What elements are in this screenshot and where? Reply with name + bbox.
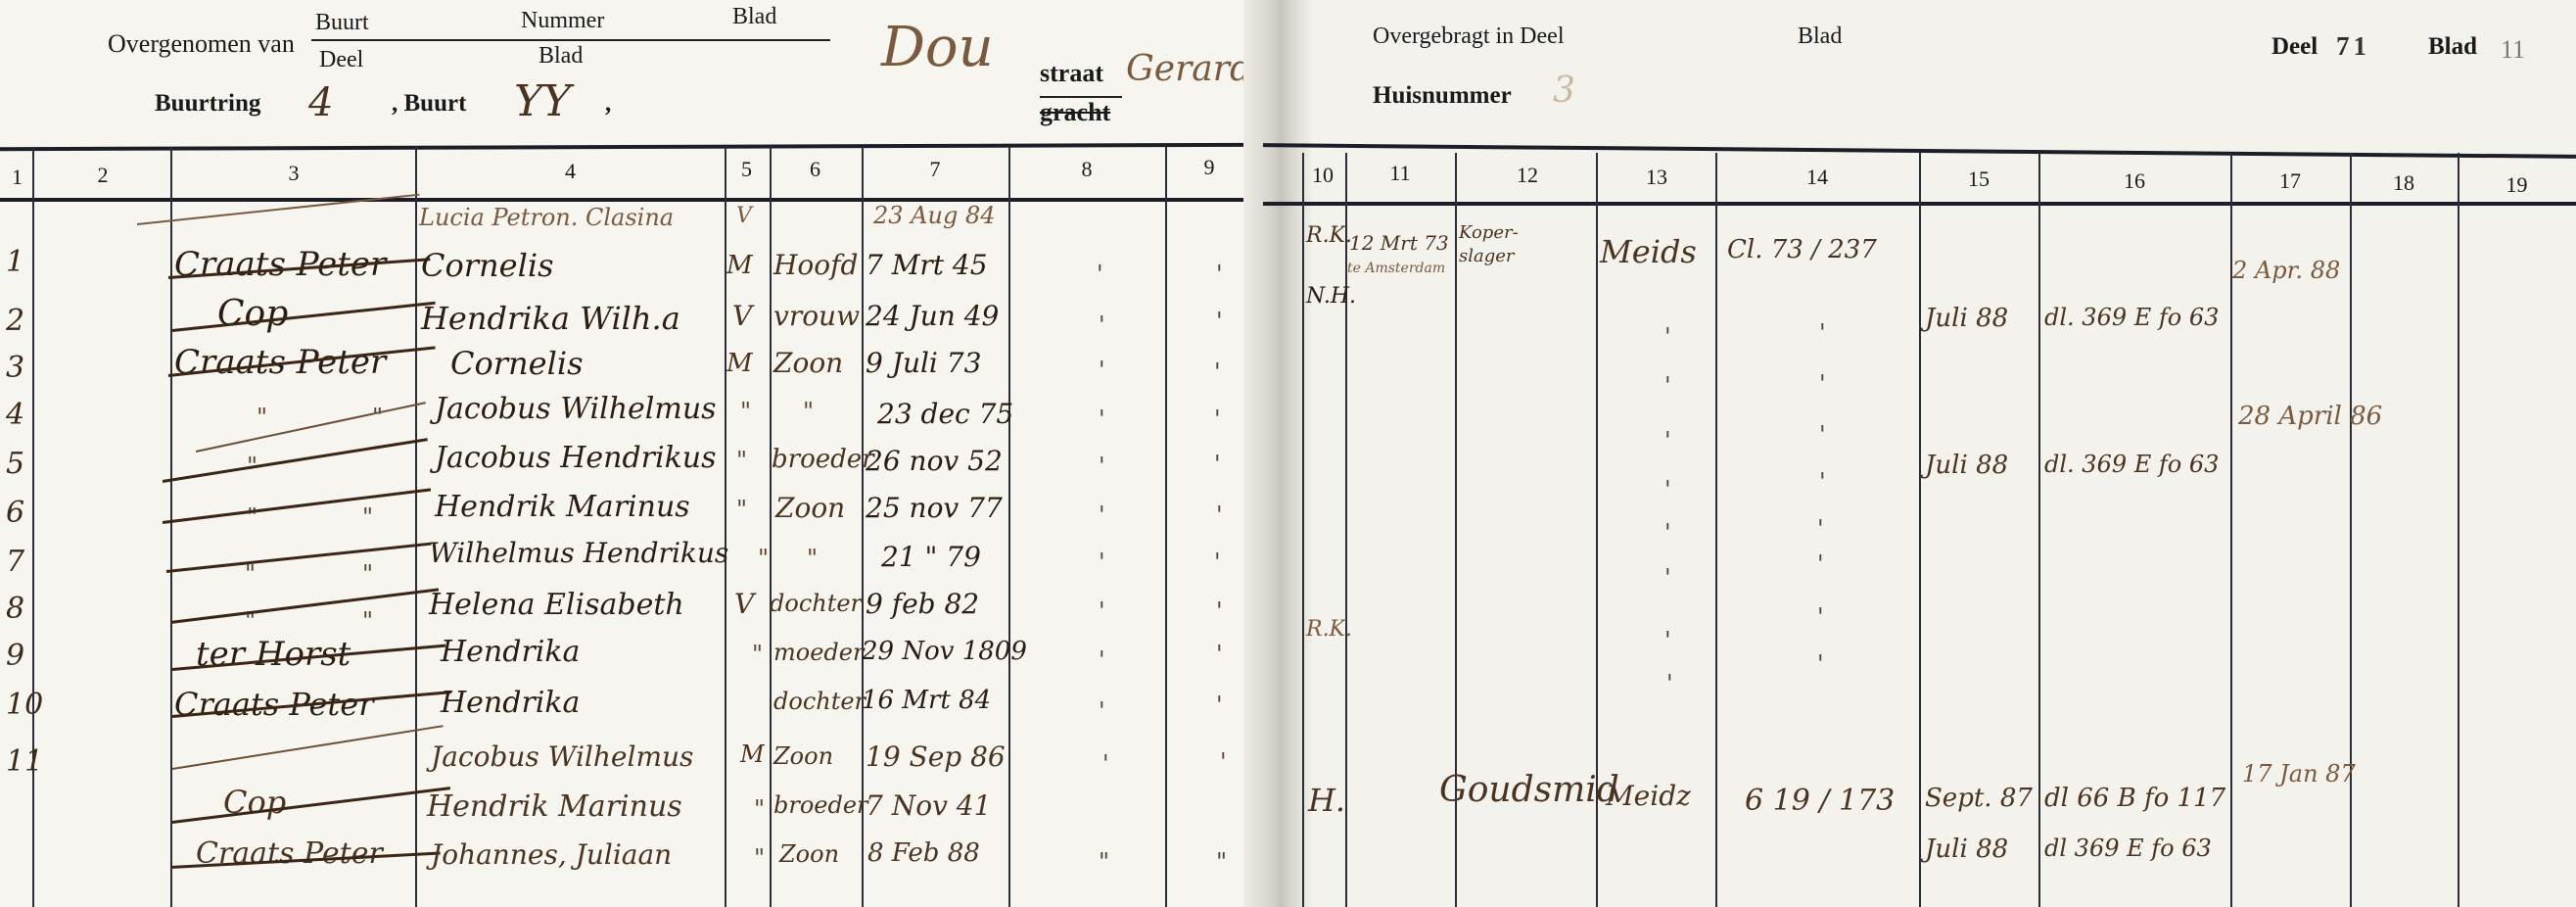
header-top-rule — [0, 143, 1263, 152]
surname-strikethrough — [166, 543, 432, 573]
col-num-16: 16 — [2038, 168, 2230, 194]
row-number: 5 — [6, 447, 24, 481]
birth-date-cell: 25 nov 77 — [866, 492, 1003, 524]
relation-cell: Zoon — [779, 840, 839, 868]
row-number: 8 — [6, 592, 24, 626]
surname-strikethrough — [172, 302, 436, 332]
ditto-col9: ' — [1216, 501, 1223, 529]
relation-cell: moeder — [773, 639, 864, 666]
relation-cell: broeder — [772, 445, 874, 474]
col-num-7: 7 — [862, 157, 1008, 182]
given-names-cell: Hendrika Wilh.a — [421, 300, 680, 337]
ditto-col9: ' — [1216, 261, 1223, 288]
given-names-cell: Johannes, Juliaan — [431, 838, 672, 871]
ditto-col14: ' — [1817, 515, 1824, 543]
ditto-col13: ' — [1664, 564, 1671, 592]
sex-cell: M — [726, 251, 753, 280]
surname-strikethrough — [170, 588, 439, 624]
row-number: 10 — [6, 688, 43, 722]
register-reference-cell: Cl. 73 / 237 — [1727, 235, 1877, 264]
col-num-9: 9 — [1165, 155, 1253, 180]
gracht-label: gracht — [1040, 98, 1110, 127]
col-num-13: 13 — [1598, 165, 1715, 190]
ditto-col9: ' — [1216, 641, 1223, 668]
surname-strikethrough — [163, 488, 431, 524]
death-date-cell: 28 April 86 — [2238, 402, 2382, 431]
col-divider — [1715, 153, 1717, 907]
given-names-cell: Hendrika — [441, 686, 580, 720]
nummer-label: Nummer — [521, 8, 604, 34]
relation-cell: dochter — [773, 688, 866, 715]
ditto-col9: " — [1216, 848, 1227, 876]
relation-cell: Zoon — [773, 347, 843, 379]
col-num-6: 6 — [769, 157, 862, 182]
destination-reference-cell: dl. 369 E fo 63 — [2044, 304, 2219, 331]
row-number: 4 — [6, 398, 24, 432]
ditto-col8: " — [1099, 848, 1109, 876]
col-num-14: 14 — [1715, 165, 1919, 190]
col-num-1: 1 — [0, 165, 34, 190]
surname-ditto: " — [362, 503, 373, 531]
col-divider — [1302, 153, 1304, 907]
blad-label-top: Blad — [732, 4, 776, 30]
ditto-col13: ' — [1666, 670, 1673, 697]
row-number: 2 — [6, 304, 24, 338]
buurt-label: Buurt — [315, 10, 369, 36]
occupation-cell: Koper-slager — [1459, 221, 1567, 268]
relation-ditto: " — [807, 545, 818, 572]
relation-cell: Zoon — [775, 492, 845, 524]
sex-cell: V — [734, 588, 754, 620]
given-names-cell: Jacobus Hendrikus — [435, 441, 717, 475]
ditto-col14: ' — [1819, 468, 1826, 496]
sex-ditto: " — [752, 641, 763, 668]
relation-cell: Zoon — [773, 742, 833, 770]
ditto-col14: ' — [1819, 421, 1826, 449]
sex-ditto: " — [736, 496, 747, 523]
birth-date-cell: 23 dec 75 — [877, 398, 1013, 430]
relation-cell: vrouw — [773, 300, 860, 332]
ditto-col8: ' — [1097, 261, 1103, 288]
left-page: Overgenomen van Buurt Nummer Blad Deel B… — [0, 0, 1263, 907]
col-num-11: 11 — [1343, 161, 1457, 186]
buurt-label-bold: , Buurt — [392, 90, 466, 118]
deel-value: 71 — [2336, 31, 2370, 62]
destination-reference-cell: dl 66 B fo 117 — [2044, 784, 2225, 813]
sex-ditto: " — [758, 545, 769, 572]
ditto-col9: ' — [1216, 692, 1223, 719]
col-num-4: 4 — [416, 159, 725, 184]
ditto-col8: ' — [1099, 697, 1105, 725]
blad-label-bottom: Blad — [539, 43, 583, 70]
sex-cell: M — [726, 349, 753, 378]
huisnummer-label: Huisnummer — [1373, 82, 1512, 110]
ditto-col14: ' — [1819, 370, 1826, 398]
col-num-10: 10 — [1302, 163, 1343, 188]
row-number: 9 — [6, 639, 24, 673]
birth-date-cell: 29 Nov 1809 — [862, 637, 1027, 666]
row-number: 7 — [6, 545, 24, 579]
surname-cell: Cop — [217, 294, 288, 334]
surname-ditto: " — [247, 503, 258, 531]
surname-ditto: " — [257, 404, 267, 431]
col-divider — [770, 147, 772, 907]
register-reference-cell: 6 19 / 173 — [1745, 784, 1895, 818]
given-names-cell: Hendrik Marinus — [435, 490, 690, 524]
given-names-cell: Helena Elisabeth — [429, 588, 684, 622]
religion-cell: N.H. — [1306, 284, 1356, 309]
ditto-col14: ' — [1817, 550, 1824, 578]
col-num-12: 12 — [1457, 163, 1598, 188]
col-num-15: 15 — [1919, 167, 2038, 192]
ditto-col9: ' — [1214, 549, 1221, 576]
ditto-col13: ' — [1664, 427, 1671, 454]
occupation-cell: Goudsmid — [1439, 770, 1619, 810]
ditto-col8: ' — [1099, 311, 1105, 339]
given-names-cell: Cornelis — [450, 345, 583, 382]
ditto-col9: ' — [1216, 597, 1223, 625]
col-divider — [1165, 147, 1167, 907]
departure-date-cell: Sept. 87 — [1925, 784, 2033, 813]
sex-cell: V — [736, 204, 752, 228]
ditto-col8: ' — [1099, 501, 1105, 529]
ditto-col14: ' — [1817, 603, 1824, 631]
birth-date-cell: 7 Nov 41 — [866, 789, 991, 822]
surname-strikethrough — [172, 787, 450, 824]
birth-date-cell: 26 nov 52 — [866, 445, 1003, 477]
overgenomen-van-label: Overgenomen van — [108, 29, 295, 59]
col-num-18: 18 — [2350, 170, 2458, 196]
col-divider — [1919, 153, 1921, 907]
ditto-col9: ' — [1214, 406, 1221, 433]
col-num-17: 17 — [2230, 168, 2350, 194]
sex-ditto: " — [740, 398, 751, 425]
col-divider — [170, 147, 172, 907]
overgebragt-label: Overgebragt in Deel — [1373, 24, 1564, 50]
departure-date-cell: Juli 88 — [1925, 304, 2008, 333]
col-divider — [1008, 147, 1010, 907]
col-divider — [2458, 153, 2459, 907]
surname-strikethrough — [163, 438, 428, 483]
relation-cell: Hoofd — [773, 249, 858, 281]
row-number: 1 — [6, 245, 24, 279]
deel-label: Deel — [2272, 33, 2318, 61]
buurtring-label: Buurtring — [155, 90, 260, 118]
death-date-cell: 2 Apr. 88 — [2232, 257, 2340, 284]
given-names-cell: Lucia Petron. Clasina — [419, 204, 674, 231]
religion-cell: R.K. — [1306, 223, 1352, 248]
destination-reference-cell: dl. 369 E fo 63 — [2044, 451, 2219, 478]
surname-ditto: " — [362, 560, 373, 588]
relation-cell: broeder — [773, 791, 868, 819]
departure-date-cell: Juli 88 — [1925, 451, 2008, 480]
ditto-col8: ' — [1099, 549, 1105, 576]
huisnummer-value: 3 — [1553, 71, 1575, 111]
birth-date-cell: 7 Mrt 45 — [866, 249, 988, 281]
birth-date-cell: 24 Jun 49 — [866, 300, 999, 332]
ditto-col8: ' — [1099, 646, 1105, 674]
relation-cell: dochter — [770, 590, 862, 617]
row-number: 3 — [6, 351, 24, 385]
col-num-2: 2 — [34, 163, 171, 188]
ditto-col13: ' — [1664, 627, 1671, 654]
ditto-col9: ' — [1220, 748, 1227, 776]
ditto-col14: ' — [1819, 319, 1826, 347]
arrival-date-cell: 12 Mrt 73 — [1349, 231, 1449, 255]
col-num-8: 8 — [1008, 157, 1165, 182]
arrival-place-cell: te Amsterdam — [1347, 261, 1445, 276]
relation-ditto: " — [803, 398, 814, 425]
ditto-col13: ' — [1664, 323, 1671, 351]
surname-ditto: " — [362, 607, 373, 635]
col-divider — [2350, 153, 2352, 907]
ditto-col8: ' — [1099, 597, 1105, 625]
departure-date-cell: Juli 88 — [1925, 835, 2008, 864]
religion-cell: R.K. — [1306, 617, 1352, 642]
ditto-col9: ' — [1214, 451, 1221, 478]
ditto-col8: ' — [1102, 750, 1109, 778]
given-names-cell: Wilhelmus Hendrikus — [429, 537, 728, 569]
given-names-cell: Jacobus Wilhelmus — [431, 740, 693, 773]
blad-label-right: Blad — [2428, 33, 2477, 61]
birth-date-cell: 23 Aug 84 — [873, 202, 996, 229]
ditto-col8: ' — [1099, 357, 1105, 384]
blad-label: Blad — [1798, 24, 1842, 50]
row-number: 6 — [6, 496, 24, 530]
previous-residence-cell: Meidz — [1606, 780, 1691, 812]
deel-label: Deel — [319, 47, 363, 73]
surname-cell: Craats Peter — [174, 686, 374, 723]
birth-date-cell: 16 Mrt 84 — [862, 686, 991, 715]
sex-ditto: " — [754, 795, 765, 823]
ditto-col9: ' — [1216, 308, 1223, 335]
buurt-comma: , — [605, 90, 611, 118]
sex-ditto: " — [736, 447, 747, 474]
birth-date-cell: 9 Juli 73 — [866, 347, 981, 379]
given-names-cell: Hendrik Marinus — [427, 789, 682, 824]
given-names-cell: Jacobus Wilhelmus — [435, 392, 717, 426]
sex-cell: V — [732, 300, 752, 332]
surname-strikethrough — [172, 725, 444, 770]
death-date-cell: 17 Jan 87 — [2242, 760, 2356, 788]
straat-label: straat — [1040, 59, 1103, 88]
given-names-cell: Cornelis — [421, 247, 553, 284]
street-name-prefix: Dou — [881, 16, 994, 79]
ditto-col13: ' — [1664, 476, 1671, 503]
religion-cell: H. — [1308, 782, 1345, 819]
given-names-cell: Hendrika — [441, 635, 580, 669]
header-bottom-rule — [0, 198, 1263, 202]
sex-ditto: " — [754, 844, 765, 872]
ditto-col13: ' — [1664, 519, 1671, 547]
street-name-suffix: Gerard — [1126, 49, 1252, 89]
right-page: Overgebragt in Deel Blad Huisnummer 3 De… — [1263, 0, 2576, 907]
previous-residence-cell: Meids — [1600, 233, 1697, 270]
col-num-19: 19 — [2458, 172, 2576, 198]
buurt-value: YY — [514, 76, 571, 126]
col-num-5: 5 — [725, 157, 769, 182]
buurtring-value: 4 — [308, 80, 333, 125]
col-num-3: 3 — [171, 161, 416, 186]
ditto-col8: ' — [1099, 453, 1105, 480]
col-divider — [32, 147, 34, 907]
ditto-col14: ' — [1817, 650, 1824, 678]
ditto-col9: ' — [1214, 358, 1221, 386]
blad-value: 11 — [2501, 35, 2525, 65]
ditto-col8: ' — [1099, 406, 1105, 433]
sex-cell: M — [740, 740, 765, 768]
birth-date-cell: 8 Feb 88 — [867, 838, 980, 868]
row-number: 11 — [6, 744, 43, 779]
ditto-col13: ' — [1664, 372, 1671, 400]
birth-date-cell: 9 feb 82 — [866, 588, 979, 620]
col-divider — [2038, 153, 2040, 907]
birth-date-cell: 21 " 79 — [881, 541, 981, 573]
surname-ditto: " — [372, 404, 383, 431]
overgenomen-divider — [311, 39, 830, 41]
destination-reference-cell: dl 369 E fo 63 — [2044, 835, 2212, 862]
birth-date-cell: 19 Sep 86 — [866, 740, 1006, 773]
